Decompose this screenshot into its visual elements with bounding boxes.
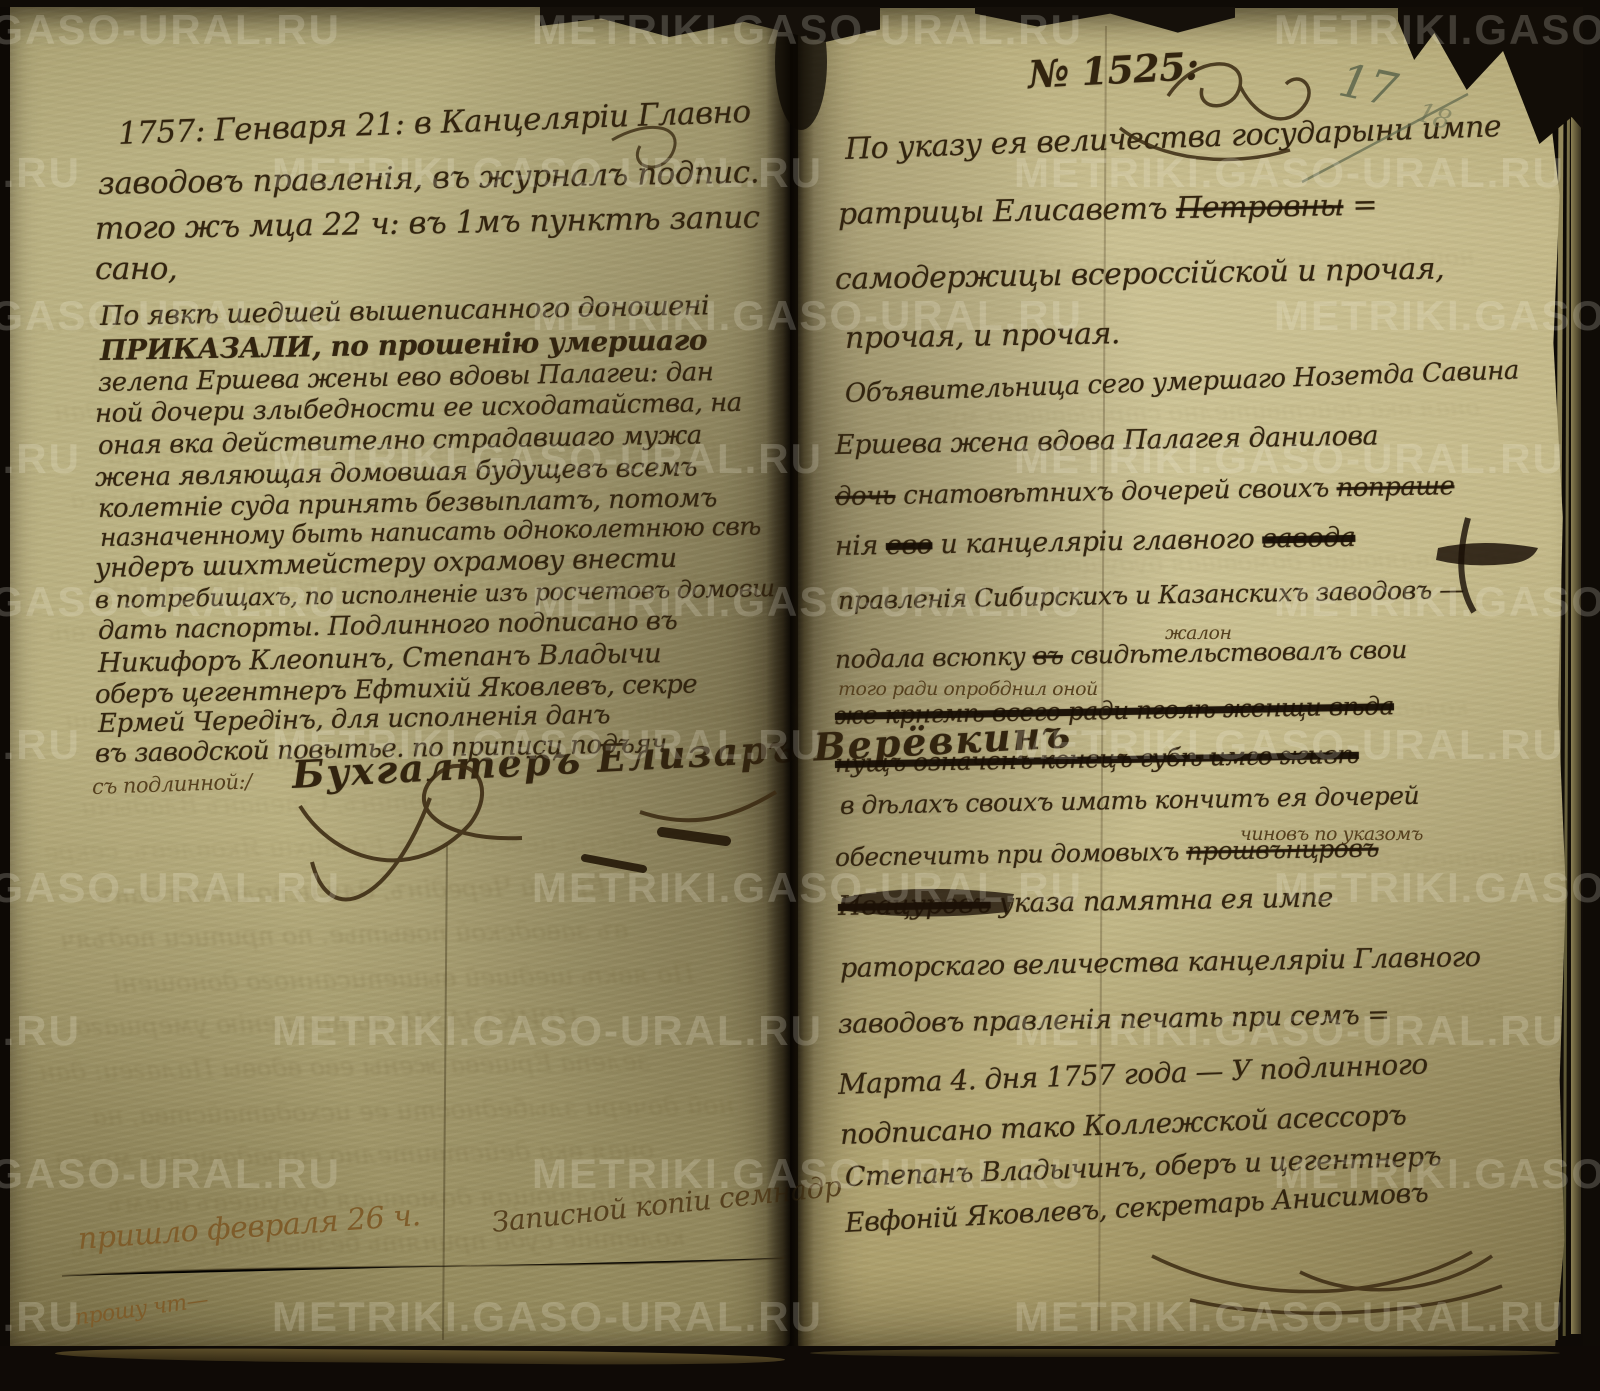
handwritten-line: По указу ея величества государыни импе bbox=[844, 109, 1501, 167]
handwritten-line: в дѣлахъ своихъ имать кончитъ ея дочерей bbox=[840, 781, 1420, 820]
handwritten-line: подала всюпку въ свидѣтельствовалъ свои bbox=[835, 635, 1407, 674]
handwritten-line: дочь снатовѣтнихъ дочерей своихъ попраше bbox=[835, 471, 1455, 512]
handwritten-line: Ивацуровъ указа памятна ея импе bbox=[838, 882, 1333, 922]
handwritten-line: ратрицы Елисаветъ Петровны = bbox=[838, 188, 1378, 232]
handwritten-line: Объявительница сего умершаго Нозетда Сав… bbox=[844, 355, 1519, 409]
handwritten-line: прошу чт— bbox=[73, 1287, 209, 1330]
folio-number: № 1525: bbox=[1027, 43, 1200, 97]
handwritten-line: съ подлинной:/ bbox=[92, 769, 253, 799]
handwritten-line: заводовъ правленія, въ журналъ подпис. bbox=[98, 154, 760, 202]
handwritten-line: 1757: Генваря 21: в Канцеляріи Главно bbox=[117, 94, 751, 152]
scan-background bbox=[0, 0, 10, 1391]
manuscript-scan: По явкѣ шедшей вышеписанного доношеніПРИ… bbox=[0, 0, 1600, 1391]
handwritten-line: раторскаго величества канцеляріи Главног… bbox=[840, 942, 1481, 984]
page-bottom-edge bbox=[810, 1349, 1560, 1357]
book-gutter bbox=[766, 0, 814, 1348]
handwritten-line: Марта 4. дня 1757 года — У подлинного bbox=[837, 1047, 1428, 1101]
handwritten-line: прочая, и прочая. bbox=[845, 316, 1121, 356]
handwritten-line: подписано тако Коллежской асессоръ bbox=[839, 1098, 1406, 1151]
handwritten-line: Ершева жена вдова Палагея данилова bbox=[835, 421, 1379, 461]
scan-background bbox=[0, 0, 1600, 7]
scan-background bbox=[1583, 0, 1600, 1391]
handwritten-line: самодержицы всероссійской и прочая, bbox=[835, 251, 1445, 297]
handwritten-line: сано, bbox=[95, 251, 177, 287]
handwritten-line: обеспечить при домовыхъ прошвънцровъ bbox=[835, 834, 1379, 872]
handwritten-line: заводовъ правленія печать при семъ = bbox=[838, 999, 1390, 1040]
page-number: 17 bbox=[1334, 53, 1402, 118]
handwritten-line: того жъ мца 22 ч: въ 1мъ пунктѣ запис bbox=[95, 199, 760, 247]
handwritten-line: пришло февраля 26 ч. bbox=[77, 1198, 422, 1257]
handwritten-line: правленія Сибирскихъ и Казанскихъ заводо… bbox=[838, 575, 1464, 615]
handwritten-line: нія ево и канцеляріи главного завода bbox=[835, 522, 1356, 562]
